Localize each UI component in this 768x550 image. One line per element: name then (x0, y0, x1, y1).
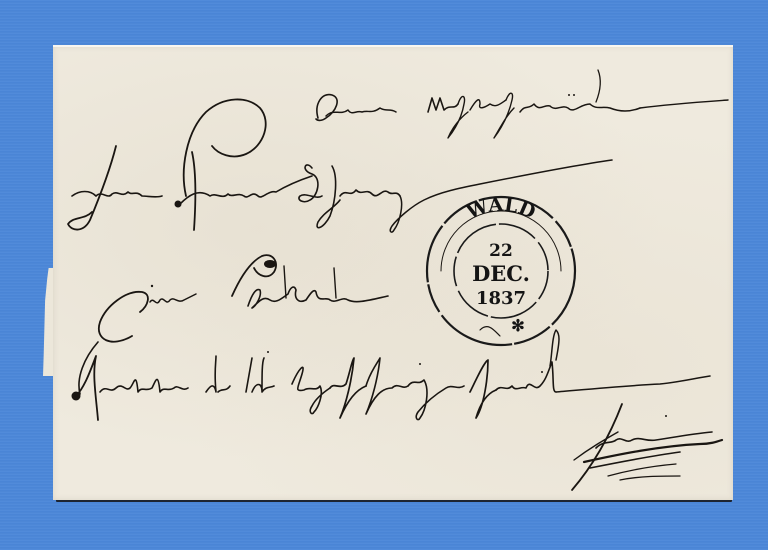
postmark-month: DEC. (472, 261, 530, 286)
handwriting-line-4 (72, 330, 711, 420)
handwriting-line-1 (316, 70, 728, 138)
postmark-town: WALD (463, 194, 539, 224)
postmark-day: 22 (489, 241, 513, 261)
handwriting-line-3 (99, 255, 388, 342)
letter-scene: Seiner Wohlehrwürden Herrn Pfarrer Schwe… (0, 0, 768, 550)
postmark-year: 1837 (476, 288, 526, 309)
postmark-stamp: WALD 22 DEC. 1837 ✻ (427, 194, 575, 345)
handwriting-layer: WALD 22 DEC. 1837 ✻ (0, 0, 768, 550)
signature-flourish (572, 404, 722, 490)
postmark-star-icon: ✻ (511, 316, 524, 335)
